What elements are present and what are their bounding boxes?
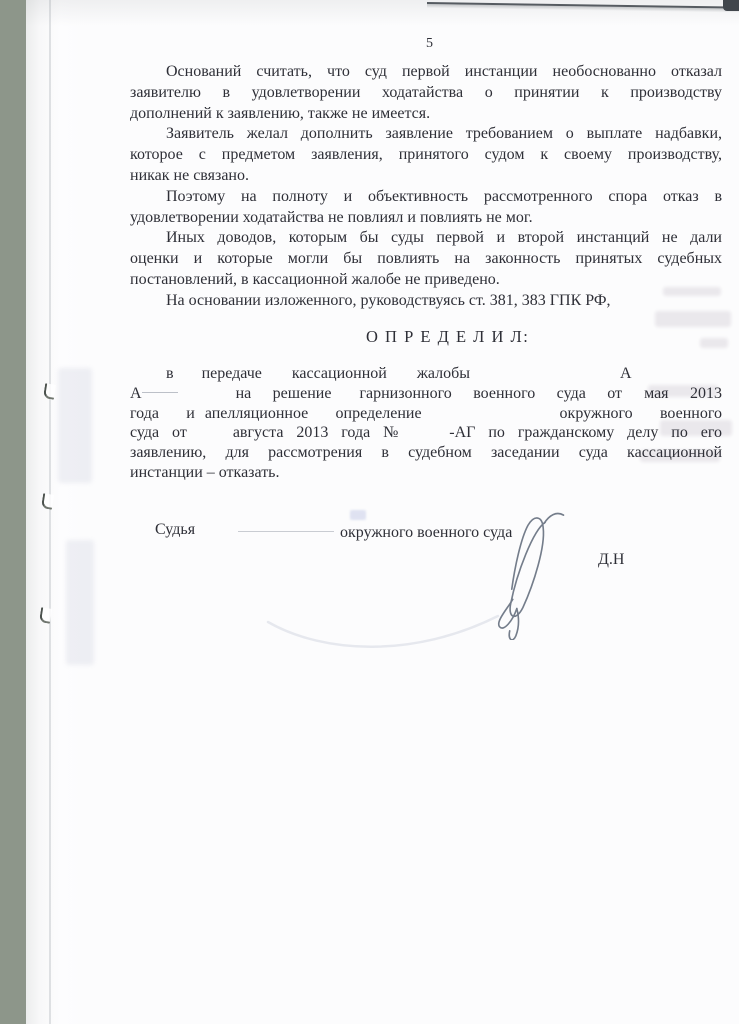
redaction-gap bbox=[387, 377, 417, 378]
decision-text: -АГ по гражданскому делу по его bbox=[449, 424, 722, 441]
redaction-gap bbox=[187, 436, 233, 437]
decision-text: заявлению, для рассмотрения в судебном з… bbox=[130, 444, 722, 461]
redaction-gap bbox=[178, 397, 236, 398]
decision-text: А bbox=[130, 385, 142, 402]
paragraph-line: оценки и которые могли бы повлиять на за… bbox=[130, 249, 722, 270]
paragraph-line: заявителю в удовлетворении ходатайства о… bbox=[130, 83, 722, 104]
stamp-remnant bbox=[350, 510, 366, 520]
decision-text: передаче bbox=[202, 365, 262, 382]
judge-label: Судья bbox=[155, 521, 195, 539]
redaction-gap bbox=[195, 417, 205, 418]
paragraph-line: Поэтому на полноту и объективность рассм… bbox=[130, 187, 722, 208]
body-paragraphs: Оснований считать, что суд первой инстан… bbox=[130, 62, 722, 312]
decision-text: августа 2013 года № bbox=[233, 424, 407, 441]
section-heading: О П Р Е Д Е Л И Л: bbox=[366, 327, 529, 347]
paragraph-line: которое с предметом заявления, принятого… bbox=[130, 145, 722, 166]
decision-line: суда отавгуста 2013 года №-АГ по граждан… bbox=[130, 423, 722, 443]
decision-text: на решение bbox=[236, 385, 332, 402]
redaction-gap bbox=[174, 377, 202, 378]
paragraph-line: Заявитель желал дополнить заявление треб… bbox=[130, 124, 722, 145]
bleed-through-ghost bbox=[700, 338, 728, 348]
redaction-gap bbox=[622, 397, 644, 398]
decision-text: гарнизонного военного суда от bbox=[359, 385, 622, 402]
underlying-page-edge bbox=[49, 0, 51, 1024]
paragraph-line: Оснований считать, что суд первой инстан… bbox=[130, 62, 722, 83]
decision-text: в bbox=[166, 365, 174, 382]
paragraph-line: Иных доводов, которым бы суды первой и в… bbox=[130, 228, 722, 249]
page-top-corner bbox=[723, 0, 739, 11]
decision-line: Ана решениегарнизонного военного суда от… bbox=[130, 384, 722, 404]
decision-text: жалобы bbox=[417, 365, 470, 382]
stamp-edge-arc bbox=[262, 608, 507, 663]
paragraph-line: дополнений к заявлению, также не имеется… bbox=[130, 104, 722, 125]
page-number: 5 bbox=[426, 36, 433, 52]
paragraph-line: постановлений, в кассационной жалобе не … bbox=[130, 270, 722, 291]
scan-shading bbox=[26, 0, 739, 26]
bleed-through-ghost bbox=[655, 311, 731, 327]
decision-text: окружного военного bbox=[560, 405, 722, 422]
redaction-gap bbox=[422, 417, 560, 418]
decision-line: заявлению, для рассмотрения в судебном з… bbox=[130, 443, 722, 463]
decision-text: суда от bbox=[130, 424, 187, 441]
decision-text: года и bbox=[130, 405, 195, 422]
first-line-indent bbox=[130, 377, 166, 378]
decision-line: инстанции – отказать. bbox=[130, 463, 722, 483]
decision-block: впередачекассационнойжалобыААна решениег… bbox=[130, 364, 722, 483]
redacted-name-line bbox=[238, 531, 334, 532]
paragraph-line: никак не связано. bbox=[130, 166, 722, 187]
decision-text: мая 2013 bbox=[644, 385, 722, 402]
paragraph-line: удовлетворении ходатайства не повлиял и … bbox=[130, 208, 722, 229]
decision-line: года иапелляционное определениеокружного… bbox=[130, 404, 722, 424]
judge-initials: Д.Н bbox=[598, 551, 624, 569]
redaction-gap bbox=[262, 377, 292, 378]
decision-text: А bbox=[620, 365, 632, 382]
redacted-name-line bbox=[142, 392, 178, 393]
decision-text: инстанции – отказать. bbox=[130, 464, 279, 481]
redaction-gap bbox=[407, 436, 449, 437]
decision-text: кассационной bbox=[292, 365, 387, 382]
redaction-gap bbox=[331, 397, 359, 398]
scanned-document: 5 Оснований считать, что суд первой инст… bbox=[0, 0, 739, 1024]
redaction-gap bbox=[470, 377, 620, 378]
decision-text: апелляционное определение bbox=[205, 405, 422, 422]
paragraph-line: На основании изложенного, руководствуясь… bbox=[130, 291, 722, 312]
decision-line: впередачекассационнойжалобыА bbox=[130, 364, 722, 384]
bleed-through-ghost bbox=[66, 540, 94, 665]
bleed-through-ghost bbox=[58, 368, 92, 483]
